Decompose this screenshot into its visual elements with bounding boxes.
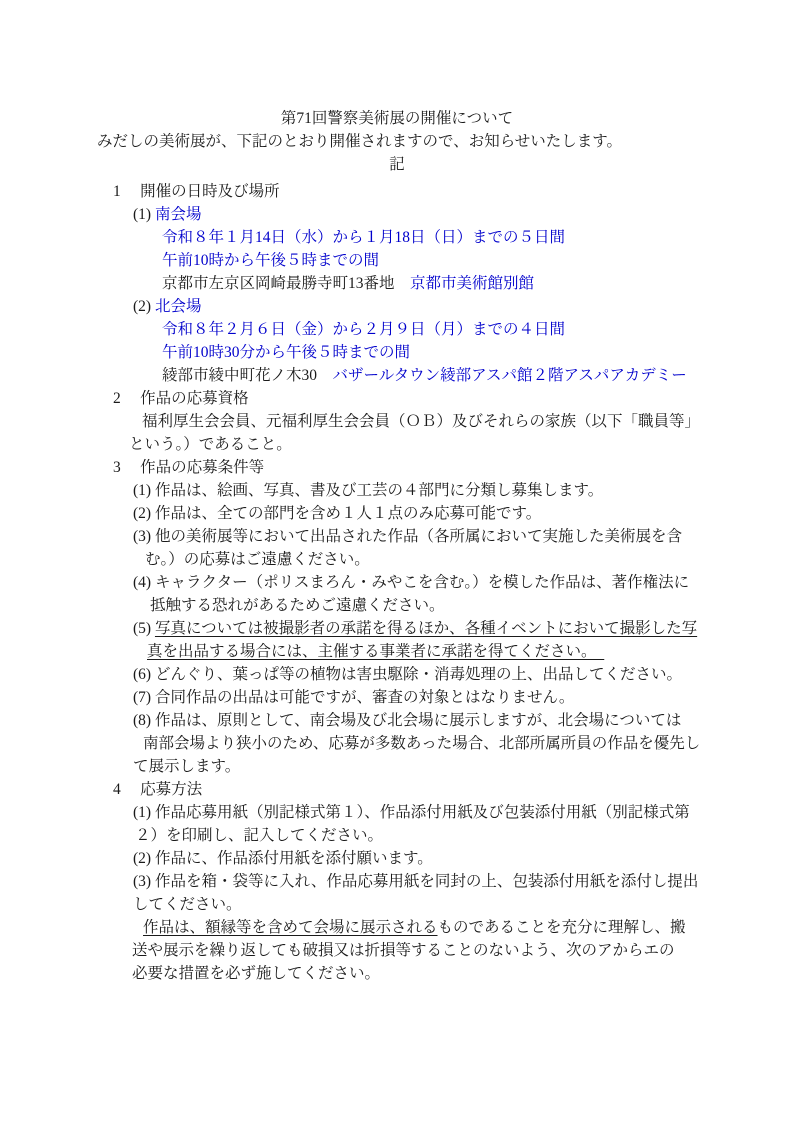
text-segment: 必要な措置を必ず施してください。	[132, 965, 380, 982]
text-segment: 南会場	[155, 206, 202, 223]
condition-5-cont: 真を出品する場合には、主催する事業者に承諾を得てください。	[0, 640, 794, 663]
text-segment: 抵触する恐れがあるためご遠慮ください。	[150, 597, 445, 614]
section-2-heading: 2 作品の応募資格	[0, 387, 794, 410]
condition-3: (3) 他の美術展等において出品された作品（各所属において実施した美術展を含	[0, 525, 794, 548]
text-segment: 福利厚生会会員、元福利厚生会会員（ＯＢ）及びそれらの家族（以下「職員等」	[142, 413, 700, 430]
text-segment: という。）であること。	[129, 436, 292, 453]
condition-2: (2) 作品は、全ての部門を含め１人１点のみ応募可能です。	[0, 502, 794, 525]
text-segment: (2) 作品は、全ての部門を含め１人１点のみ応募可能です。	[133, 505, 541, 522]
section-3-heading: 3 作品の応募条件等	[0, 456, 794, 479]
text-segment: (2) 作品に、作品添付用紙を添付願います。	[133, 850, 433, 867]
condition-1: (1) 作品は、絵画、写真、書及び工芸の４部門に分類し募集します。	[0, 479, 794, 502]
text-segment: (5)	[133, 620, 155, 637]
doc-title: 第71回警察美術展の開催について	[0, 107, 794, 130]
document-body: 第71回警察美術展の開催についてみだしの美術展が、下記のとおり開催されますので、…	[0, 0, 794, 985]
ki-marker: 記	[0, 153, 794, 176]
text-segment: (1) 作品は、絵画、写真、書及び工芸の４部門に分類し募集します。	[133, 482, 603, 499]
text-segment: (1)	[133, 206, 155, 223]
text-segment: ２）を印刷し、記入してください。	[135, 827, 383, 844]
text-segment: 午前10時30分から午後５時までの間	[162, 344, 410, 361]
condition-6: (6) どんぐり、葉っぱ等の植物は害虫駆除・消毒処理の上、出品してください。	[0, 663, 794, 686]
venue-north-address: 綾部市綾中町花ノ木30 バザールタウン綾部アスパ館２階アスパアカデミー	[0, 364, 794, 387]
text-segment: 京都市美術館別館	[410, 275, 534, 292]
note-line-2: 送や展示を繰り返しても破損又は折損等することのないよう、次のアからエの	[0, 939, 794, 962]
text-segment: (3) 作品を箱・袋等に入れ、作品応募用紙を同封の上、包装添付用紙を添付し提出	[133, 873, 698, 890]
text-segment: (1) 作品応募用紙（別記様式第１）、作品添付用紙及び包装添付用紙（別記様式第	[133, 804, 690, 821]
method-3: (3) 作品を箱・袋等に入れ、作品応募用紙を同封の上、包装添付用紙を添付し提出	[0, 870, 794, 893]
text-segment: 2 作品の応募資格	[113, 390, 249, 407]
condition-4-cont: 抵触する恐れがあるためご遠慮ください。	[0, 594, 794, 617]
text-segment: (2)	[133, 298, 155, 315]
text-segment: 3 作品の応募条件等	[113, 459, 264, 476]
text-segment: ものであることを充分に理解し、搬	[438, 919, 686, 936]
text-segment: みだしの美術展が、下記のとおり開催されますので、お知らせいたします。	[97, 133, 622, 150]
note-line-3: 必要な措置を必ず施してください。	[0, 962, 794, 985]
text-segment: 真を出品する場合には、主催する事業者に承諾を得てください。	[147, 643, 604, 660]
text-segment: 写真については被撮影者の承諾を得るほか、各種イベントにおいて撮影した写	[155, 620, 697, 637]
text-segment: 北会場	[155, 298, 202, 315]
venue-north-label: (2) 北会場	[0, 295, 794, 318]
section-1-heading: 1 開催の日時及び場所	[0, 180, 794, 203]
text-segment: 第71回警察美術展の開催について	[281, 110, 513, 127]
venue-north-hours: 午前10時30分から午後５時までの間	[0, 341, 794, 364]
text-segment: 4 応募方法	[113, 781, 202, 798]
intro-line: みだしの美術展が、下記のとおり開催されますので、お知らせいたします。	[0, 130, 794, 153]
text-segment: 作品は、額縁等を含めて会場に展示される	[143, 919, 438, 936]
venue-south-hours: 午前10時から午後５時までの間	[0, 249, 794, 272]
eligibility-line-2: という。）であること。	[0, 433, 794, 456]
text-segment: む。）の応募はご遠慮ください。	[145, 551, 370, 568]
venue-north-dates: 令和８年２月６日（金）から２月９日（月）までの４日間	[0, 318, 794, 341]
method-3-cont: してください。	[0, 893, 794, 916]
section-4-heading: 4 応募方法	[0, 778, 794, 801]
venue-south-label: (1) 南会場	[0, 203, 794, 226]
condition-4: (4) キャラクター（ポリスまろん・みやこを含む。）を模した作品は、著作権法に	[0, 571, 794, 594]
method-1-cont: ２）を印刷し、記入してください。	[0, 824, 794, 847]
venue-south-address: 京都市左京区岡崎最勝寺町13番地 京都市美術館別館	[0, 272, 794, 295]
condition-7: (7) 合同作品の出品は可能ですが、審査の対象とはなりません。	[0, 686, 794, 709]
text-segment: 送や展示を繰り返しても破損又は折損等することのないよう、次のアからエの	[132, 942, 675, 959]
text-segment: (8) 作品は、原則として、南会場及び北会場に展示しますが、北会場については	[133, 712, 681, 729]
text-segment: て展示します。	[133, 758, 240, 775]
eligibility-line-1: 福利厚生会会員、元福利厚生会会員（ＯＢ）及びそれらの家族（以下「職員等」	[0, 410, 794, 433]
method-1: (1) 作品応募用紙（別記様式第１）、作品添付用紙及び包装添付用紙（別記様式第	[0, 801, 794, 824]
text-segment: (3) 他の美術展等において出品された作品（各所属において実施した美術展を含	[133, 528, 682, 545]
condition-8-cont-2: て展示します。	[0, 755, 794, 778]
text-segment: (4) キャラクター（ポリスまろん・みやこを含む。）を模した作品は、著作権法に	[133, 574, 689, 591]
condition-3-cont: む。）の応募はご遠慮ください。	[0, 548, 794, 571]
text-segment: (6) どんぐり、葉っぱ等の植物は害虫駆除・消毒処理の上、出品してください。	[133, 666, 682, 683]
text-segment: してください。	[133, 896, 242, 913]
text-segment: 1 開催の日時及び場所	[113, 183, 280, 200]
method-2: (2) 作品に、作品添付用紙を添付願います。	[0, 847, 794, 870]
text-segment: 京都市左京区岡崎最勝寺町13番地	[162, 275, 410, 292]
text-segment: (7) 合同作品の出品は可能ですが、審査の対象とはなりません。	[133, 689, 574, 706]
text-segment: 午前10時から午後５時までの間	[162, 252, 379, 269]
text-segment: 令和８年２月６日（金）から２月９日（月）までの４日間	[162, 321, 565, 338]
text-segment: 南部会場より狭小のため、応募が多数あった場合、北部所属所員の作品を優先し	[143, 735, 700, 752]
condition-8-cont-1: 南部会場より狭小のため、応募が多数あった場合、北部所属所員の作品を優先し	[0, 732, 794, 755]
condition-5: (5) 写真については被撮影者の承諾を得るほか、各種イベントにおいて撮影した写	[0, 617, 794, 640]
document-page: 第71回警察美術展の開催についてみだしの美術展が、下記のとおり開催されますので、…	[0, 0, 794, 1123]
text-segment: 記	[389, 156, 405, 173]
text-segment: 令和８年１月14日（水）から１月18日（日）までの５日間	[162, 229, 565, 246]
text-segment: バザールタウン綾部アスパ館２階アスパアカデミー	[333, 367, 687, 384]
condition-8: (8) 作品は、原則として、南会場及び北会場に展示しますが、北会場については	[0, 709, 794, 732]
text-segment: 綾部市綾中町花ノ木30	[162, 367, 333, 384]
note-line-1: 作品は、額縁等を含めて会場に展示されるものであることを充分に理解し、搬	[0, 916, 794, 939]
venue-south-dates: 令和８年１月14日（水）から１月18日（日）までの５日間	[0, 226, 794, 249]
